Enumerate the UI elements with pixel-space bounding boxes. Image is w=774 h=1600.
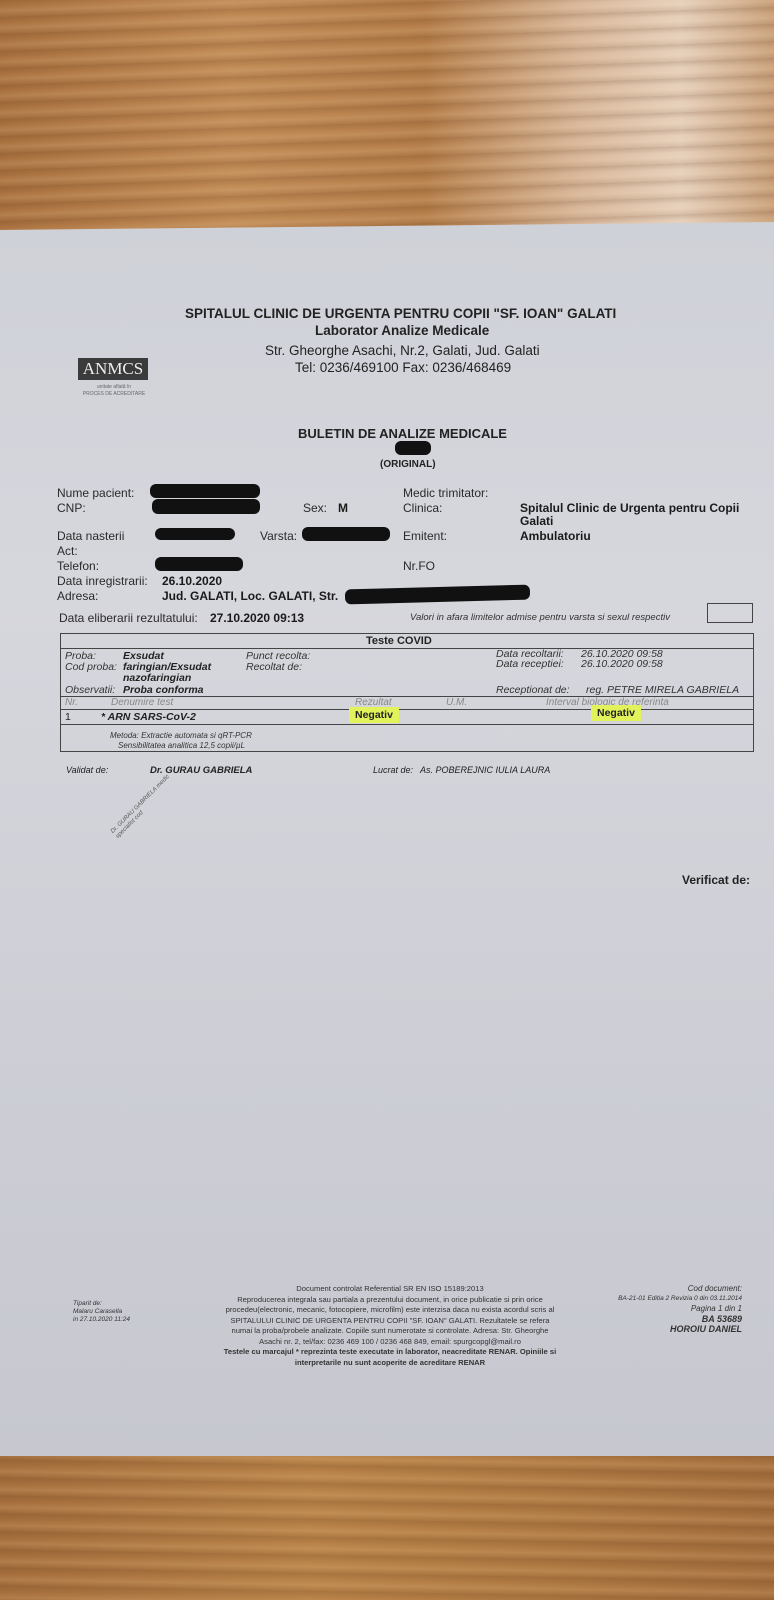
redaction	[155, 557, 243, 571]
birth-date-label: Data nasterii	[57, 529, 124, 543]
referring-doctor-label: Medic trimitator:	[403, 486, 488, 500]
worked-by-value: As. POBEREJNIC IULIA LAURA	[420, 765, 550, 775]
wooden-table-bottom	[0, 1455, 774, 1600]
document-code-block: Cod document: BA-21-01 Editia 2 Revizia …	[618, 1284, 742, 1334]
sample-code-value-line2: nazofaringian	[123, 672, 191, 684]
address-label: Adresa:	[57, 589, 98, 603]
registration-date-value: 26.10.2020	[162, 574, 222, 588]
anmcs-logo: ANMCS	[78, 358, 148, 380]
out-of-range-box	[707, 603, 753, 623]
clinic-label: Clinica:	[403, 501, 442, 515]
out-of-range-note: Valori in afara limitelor admise pentru …	[410, 612, 670, 623]
clinic-value-city: Galati	[520, 514, 553, 528]
tests-section-title: Teste COVID	[366, 635, 432, 647]
worked-by-label: Lucrat de:	[373, 765, 413, 775]
registration-date-label: Data inregistrarii:	[57, 574, 148, 588]
document-title: BULETIN DE ANALIZE MEDICALE	[298, 426, 507, 441]
sex-value: M	[338, 501, 348, 515]
test-result: Negativ	[349, 709, 399, 721]
phone-label: Telefon:	[57, 559, 99, 573]
verified-by-label: Verificat de:	[682, 873, 750, 887]
notes-value: Proba conforma	[123, 684, 204, 696]
release-date-value: 27.10.2020 09:13	[210, 611, 304, 625]
footer-disclaimer: Document controlat Referential SR EN ISO…	[180, 1284, 600, 1368]
redaction	[395, 441, 431, 455]
test-reference-range: Negativ	[591, 707, 641, 719]
collected-by-label: Recoltat de:	[246, 661, 302, 673]
redaction	[155, 528, 235, 540]
results-table: Teste COVID Proba: Exsudat Cod proba: fa…	[60, 633, 754, 725]
row-number: 1	[65, 711, 71, 723]
release-date-label: Data eliberarii rezultatului:	[59, 611, 198, 625]
sample-code-label: Cod proba:	[65, 661, 117, 673]
redaction	[152, 499, 260, 514]
lab-name: Laborator Analize Medicale	[315, 323, 489, 338]
col-nr: Nr.	[65, 697, 78, 708]
wooden-table-top	[0, 0, 774, 230]
printed-by: Tiparit de: Malaru Carasella in 27.10.20…	[73, 1300, 130, 1324]
id-act-label: Act:	[57, 544, 78, 558]
notes-label: Observatii:	[65, 684, 115, 696]
clinic-value: Spitalul Clinic de Urgenta pentru Copii	[520, 501, 739, 515]
age-label: Varsta:	[260, 529, 297, 543]
hospital-phone: Tel: 0236/469100 Fax: 0236/468469	[295, 360, 511, 375]
hospital-address: Str. Gheorghe Asachi, Nr.2, Galati, Jud.…	[265, 343, 540, 358]
validated-by-label: Validat de:	[66, 765, 108, 775]
results-row-frame	[60, 723, 754, 752]
issuer-value: Ambulatoriu	[520, 529, 591, 543]
col-unit: U.M.	[446, 697, 467, 708]
issuer-label: Emitent:	[403, 529, 447, 543]
anmcs-logo-subtitle: unitate aflată în PROCES DE ACREDITARE	[72, 384, 156, 398]
address-value: Jud. GALATI, Loc. GALATI, Str.	[162, 589, 338, 603]
redaction	[150, 484, 260, 498]
sex-label: Sex:	[303, 501, 327, 515]
lab-report-paper	[0, 222, 774, 1456]
document-copy-type: (ORIGINAL)	[380, 459, 436, 470]
cnp-label: CNP:	[57, 501, 86, 515]
received-by-value: reg. PETRE MIRELA GABRIELA	[586, 684, 739, 696]
reception-date-label: Data receptiei:	[496, 658, 564, 670]
redaction	[302, 527, 390, 541]
reception-date-value: 26.10.2020 09:58	[581, 658, 663, 670]
received-by-label: Receptionat de:	[496, 684, 570, 696]
test-name: * ARN SARS-CoV-2	[101, 711, 196, 723]
patient-name-label: Nume pacient:	[57, 486, 134, 500]
hospital-name: SPITALUL CLINIC DE URGENTA PENTRU COPII …	[185, 306, 616, 321]
col-test-name: Denumire test	[111, 697, 173, 708]
fo-number-label: Nr.FO	[403, 559, 435, 573]
